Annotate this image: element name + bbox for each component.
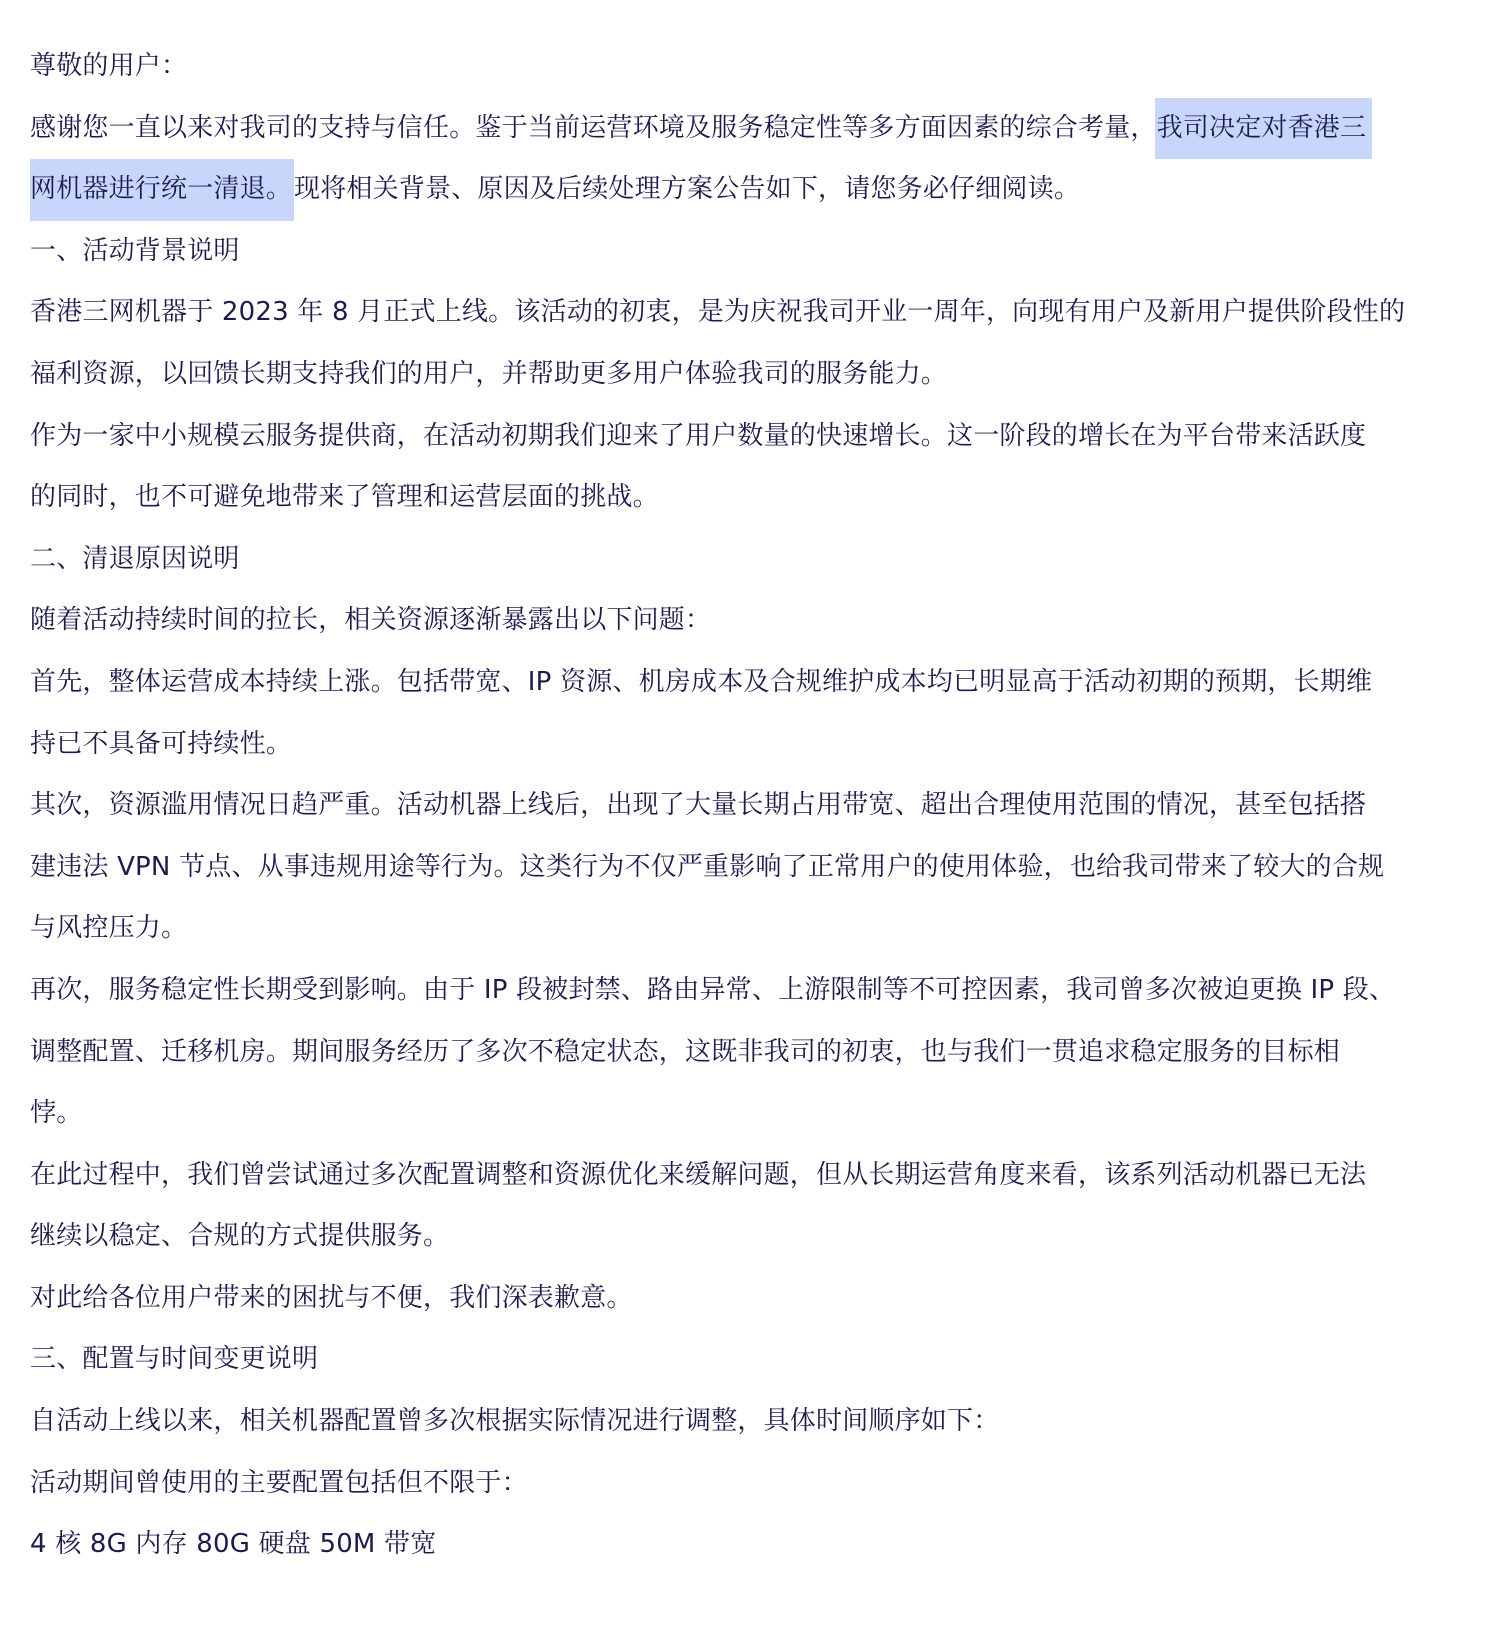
paragraph-line: 建违法 VPN 节点、从事违规用途等行为。这类行为不仅严重影响了正常用户的使用体… [30,837,1470,899]
paragraph-line: 作为一家中小规模云服务提供商，在活动初期我们迎来了用户数量的快速增长。这一阶段的… [30,406,1470,468]
paragraph-line: 悖。 [30,1083,1470,1145]
paragraph-line: 再次，服务稳定性长期受到影响。由于 IP 段被封禁、路由异常、上游限制等不可控因… [30,960,1470,1022]
paragraph-line: 福利资源，以回馈长期支持我们的用户，并帮助更多用户体验我司的服务能力。 [30,344,1470,406]
intro-line-1: 感谢您一直以来对我司的支持与信任。鉴于当前运营环境及服务稳定性等多方面因素的综合… [30,98,1470,160]
paragraph-line: 的同时，也不可避免地带来了管理和运营层面的挑战。 [30,467,1470,529]
paragraph-line: 调整配置、迁移机房。期间服务经历了多次不稳定状态，这既非我司的初衷，也与我们一贯… [30,1022,1470,1084]
paragraph-line: 随着活动持续时间的拉长，相关资源逐渐暴露出以下问题： [30,590,1470,652]
paragraph-line: 持已不具备可持续性。 [30,714,1470,776]
selected-text-highlight[interactable]: 网机器进行统一清退。 [30,159,294,221]
paragraph-line: 活动期间曾使用的主要配置包括但不限于： [30,1453,1470,1515]
section-heading-reasons: 二、清退原因说明 [30,529,1470,591]
greeting: 尊敬的用户： [30,36,1470,98]
paragraph-line: 自活动上线以来，相关机器配置曾多次根据实际情况进行调整，具体时间顺序如下： [30,1391,1470,1453]
selected-text-highlight[interactable]: 我司决定对香港三 [1155,98,1373,160]
intro-line-2: 网机器进行统一清退。现将相关背景、原因及后续处理方案公告如下，请您务必仔细阅读。 [30,159,1470,221]
paragraph-line: 与风控压力。 [30,898,1470,960]
config-spec-line: 4 核 8G 内存 80G 硬盘 50M 带宽 [30,1514,1470,1576]
paragraph-line: 其次，资源滥用情况日趋严重。活动机器上线后，出现了大量长期占用带宽、超出合理使用… [30,775,1470,837]
section-heading-background: 一、活动背景说明 [30,221,1470,283]
announcement-document: 尊敬的用户： 感谢您一直以来对我司的支持与信任。鉴于当前运营环境及服务稳定性等多… [30,36,1470,1576]
paragraph-line: 在此过程中，我们曾尝试通过多次配置调整和资源优化来缓解问题，但从长期运营角度来看… [30,1145,1470,1207]
paragraph-line: 首先，整体运营成本持续上涨。包括带宽、IP 资源、机房成本及合规维护成本均已明显… [30,652,1470,714]
section-heading-config: 三、配置与时间变更说明 [30,1329,1470,1391]
paragraph-line: 香港三网机器于 2023 年 8 月正式上线。该活动的初衷，是为庆祝我司开业一周… [30,282,1470,344]
intro-text: 感谢您一直以来对我司的支持与信任。鉴于当前运营环境及服务稳定性等多方面因素的综合… [30,113,1157,143]
paragraph-line: 继续以稳定、合规的方式提供服务。 [30,1206,1470,1268]
intro-text: 现将相关背景、原因及后续处理方案公告如下，请您务必仔细阅读。 [294,174,1080,204]
paragraph-line: 对此给各位用户带来的困扰与不便，我们深表歉意。 [30,1268,1470,1330]
